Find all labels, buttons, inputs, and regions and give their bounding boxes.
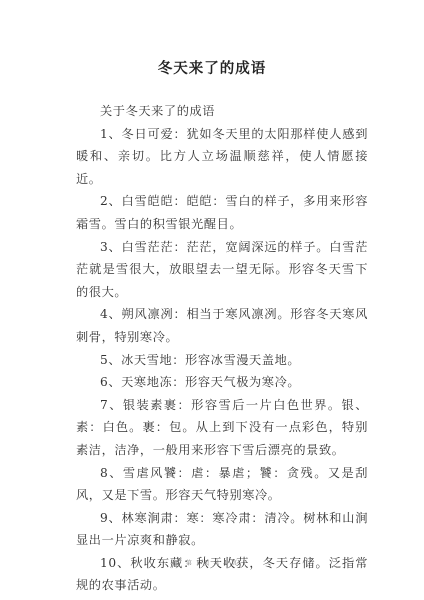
document-page: 冬天来了的成语 关于冬天来了的成语 1、冬日可爱：犹如冬天里的太阳那样使人感到暖… [0,0,424,600]
page-number-footer: 第 1 页 共 4 页 [0,558,424,567]
intro-paragraph: 关于冬天来了的成语 [76,100,368,123]
idiom-item-8: 8、雪虐风饕：虐：暴虐；饕：贪残。又是刮风，又是下雪。形容天气特别寒冷。 [76,462,368,507]
idiom-item-3: 3、白雪茫茫：茫茫，宽阔深远的样子。白雪茫茫就是雪很大，放眼望去一望无际。形容冬… [76,236,368,304]
idiom-item-9: 9、林寒涧肃：寒：寒冷肃：清冷。树林和山涧显出一片凉爽和静寂。 [76,507,368,552]
document-body: 关于冬天来了的成语 1、冬日可爱：犹如冬天里的太阳那样使人感到暖和、亲切。比方人… [76,100,368,597]
idiom-item-7: 7、银装素裹：形容雪后一片白色世界。银、素：白色。裹：包。从上到下没有一点彩色，… [76,394,368,462]
idiom-item-1: 1、冬日可爱：犹如冬天里的太阳那样使人感到暖和、亲切。比方人立场温顺慈祥，使人情… [76,123,368,191]
idiom-item-5: 5、冰天雪地：形容冰雪漫天盖地。 [76,349,368,372]
idiom-item-6: 6、天寒地冻：形容天气极为寒冷。 [76,371,368,394]
idiom-item-4: 4、朔风凛冽：相当于寒风凛冽。形容冬天寒风刺骨，特别寒冷。 [76,303,368,348]
document-title: 冬天来了的成语 [0,57,424,78]
idiom-item-2: 2、白雪皑皑：皑皑：雪白的样子，多用来形容霜雪。雪白的积雪银光醒目。 [76,190,368,235]
